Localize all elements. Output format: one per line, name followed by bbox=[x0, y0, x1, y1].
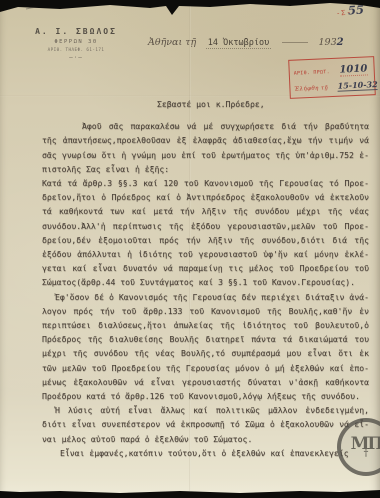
letterhead-address: ΦΕΡΡΩΝ 30 bbox=[28, 39, 124, 45]
archive-library-stamp: ΜΠ † bbox=[337, 418, 380, 476]
letter-line: Προέδρου κατά τό ἄρθρ.126 τοῦ Κανονισμοῦ… bbox=[42, 389, 369, 403]
letter-line: σᾶς γνωρίσω ὅτι ἡ γνώμη μου ἐπί τοῦ ἐρωτ… bbox=[42, 148, 369, 162]
paper-sheet: Α. Ι. ΣΒΩΛΟΣ ΦΕΡΡΩΝ 30 ΑΡΙΘ. ΤΗΛΕΦ. 61-1… bbox=[0, 0, 380, 498]
letter-line: Ἡ λύσις αὐτή εἶναι ἄλλως καί πολιτικῶς μ… bbox=[42, 403, 369, 417]
letter-line: τῶν μελῶν τοῦ Προεδρείου τῆς Γερουσίας μ… bbox=[42, 361, 369, 375]
letter-line: Ἀφοῦ σᾶς παρακαλέσω νά μέ συγχωρήσετε δι… bbox=[42, 119, 369, 133]
letter-line: δρείου,δέν ἐξομοιοῦται πρός τήν λῆξιν τῆ… bbox=[42, 233, 369, 247]
letter-body: Σεβαστέ μοι κ.Πρόεδρε, Ἀφοῦ σᾶς παρακαλέ… bbox=[42, 97, 369, 460]
registry-stamp-protocol-number: 1010 bbox=[339, 63, 367, 76]
registry-stamp-received-label: Ἐλήφθη τῇ bbox=[294, 85, 328, 92]
dateline-place: Ἀθῆναι τῇ bbox=[148, 37, 196, 48]
letter-line: συνόδου.Ἀλλ'ἡ περίπτωσις τῆς ἐξόδου γερο… bbox=[42, 219, 369, 233]
dateline: Ἀθῆναι τῇ 14 Ὀκτωβρίου 1932 bbox=[148, 30, 368, 49]
letterhead: Α. Ι. ΣΒΩΛΟΣ ΦΕΡΡΩΝ 30 ΑΡΙΘ. ΤΗΛΕΦ. 61-1… bbox=[28, 27, 124, 61]
registry-stamp: ΑΡΙΘ. ΠΡΩΤ. 1010 Ἐλήφθη τῇ 15-10-32 bbox=[288, 56, 376, 99]
registry-stamp-received-date: 15-10-32 bbox=[337, 79, 377, 92]
dateline-rule bbox=[282, 42, 308, 43]
letter-line: Κατά τά ἄρθρ.3 §§.3 καί 120 τοῦ Κανονισμ… bbox=[42, 176, 369, 190]
letter-line: μένως ἐξακολουθῶν νά εἶναι γερουσιαστής … bbox=[42, 375, 369, 389]
salutation: Σεβαστέ μοι κ.Πρόεδρε, bbox=[42, 97, 369, 111]
letter-line: ναι μέλος αὐτοῦ παρά ὁ ἐξελθών τοῦ Σώματ… bbox=[42, 432, 369, 446]
scanned-letter-page: Α. Ι. ΣΒΩΛΟΣ ΦΕΡΡΩΝ 30 ΑΡΙΘ. ΤΗΛΕΦ. 61-1… bbox=[0, 0, 380, 498]
red-margin-mark: -Σ- bbox=[336, 8, 352, 17]
letterhead-divider: —·— bbox=[28, 54, 124, 61]
cross-icon: † bbox=[364, 451, 369, 458]
dateline-day-month: 14 Ὀκτωβρίου bbox=[206, 38, 271, 49]
letter-line: γεται καί εἶναι δυνατόν νά παραμείνῃ τις… bbox=[42, 261, 369, 275]
letter-line: δρεῖον,ἤτοι ὁ Πρόεδρος καί ὁ Ἀντιπρόεδρο… bbox=[42, 190, 369, 204]
letterhead-phone: ΑΡΙΘ. ΤΗΛΕΦ. 61-171 bbox=[35, 47, 117, 52]
letterhead-name: Α. Ι. ΣΒΩΛΟΣ bbox=[28, 27, 124, 36]
letter-line: Εἶναι ἐμφανές,κατόπιν τούτου,ὅτι ὁ ἐξελθ… bbox=[42, 446, 369, 460]
letter-line: πιστολῆς Σας εἶναι ἡ ἑξῆς: bbox=[42, 162, 369, 176]
dateline-year-handwritten: 2 bbox=[337, 37, 344, 48]
dateline-year-printed: 193 bbox=[319, 37, 337, 48]
registry-stamp-protocol-label: ΑΡΙΘ. ΠΡΩΤ. bbox=[294, 70, 330, 77]
letter-line: Πρόεδρος τῆς διαλυθείσης Βουλῆς διατηρεῖ… bbox=[42, 332, 369, 346]
paragraph: Ἀφοῦ σᾶς παρακαλέσω νά μέ συγχωρήσετε δι… bbox=[42, 119, 369, 176]
letter-line: λογον πρός τήν τοῦ ἄρθρ.133 τοῦ Κανονισμ… bbox=[42, 304, 369, 318]
paragraph: Ἐφ'ὅσον δέ ὁ Κανονισμός τῆς Γερουσίας δέ… bbox=[42, 290, 369, 404]
letter-line: Ἐφ'ὅσον δέ ὁ Κανονισμός τῆς Γερουσίας δέ… bbox=[42, 290, 369, 304]
paragraph: Εἶναι ἐμφανές,κατόπιν τούτου,ὅτι ὁ ἐξελθ… bbox=[42, 446, 369, 460]
letter-line: μέχρι τῆς συνόδου τῆς νέας Βουλῆς,τό συμ… bbox=[42, 346, 369, 360]
paragraph: Ἡ λύσις αὐτή εἶναι ἄλλως καί πολιτικῶς μ… bbox=[42, 403, 369, 446]
letter-line: περιπτώσει διαλύσεως,ἤτοι ἀπωλείας τῆς ἰ… bbox=[42, 318, 369, 332]
paragraphs-container: Ἀφοῦ σᾶς παρακαλέσω νά μέ συγχωρήσετε δι… bbox=[42, 119, 369, 460]
letter-line: ἐξόδου ἀπόλλυται ἡ ἰδιότης τοῦ γερουσιασ… bbox=[42, 247, 369, 261]
pencil-mark bbox=[22, 0, 162, 14]
paragraph: Κατά τά ἄρθρ.3 §§.3 καί 120 τοῦ Κανονισμ… bbox=[42, 176, 369, 290]
letter-line: τά καθήκοντά των καί μετά τήν λῆξιν τῆς … bbox=[42, 204, 369, 218]
letter-line: τῆς ἀπαντήσεως,προελθοῦσαν ἐξ ἐλαφρᾶς ἀδ… bbox=[42, 133, 369, 147]
letter-line: Σώματος(ἄρθρ.44 τοῦ Συντάγματος καί 3 §§… bbox=[42, 275, 369, 289]
letter-line: διότι εἶναι συνεπέστερον νά ἐκπροσωπῇ τό… bbox=[42, 417, 369, 431]
